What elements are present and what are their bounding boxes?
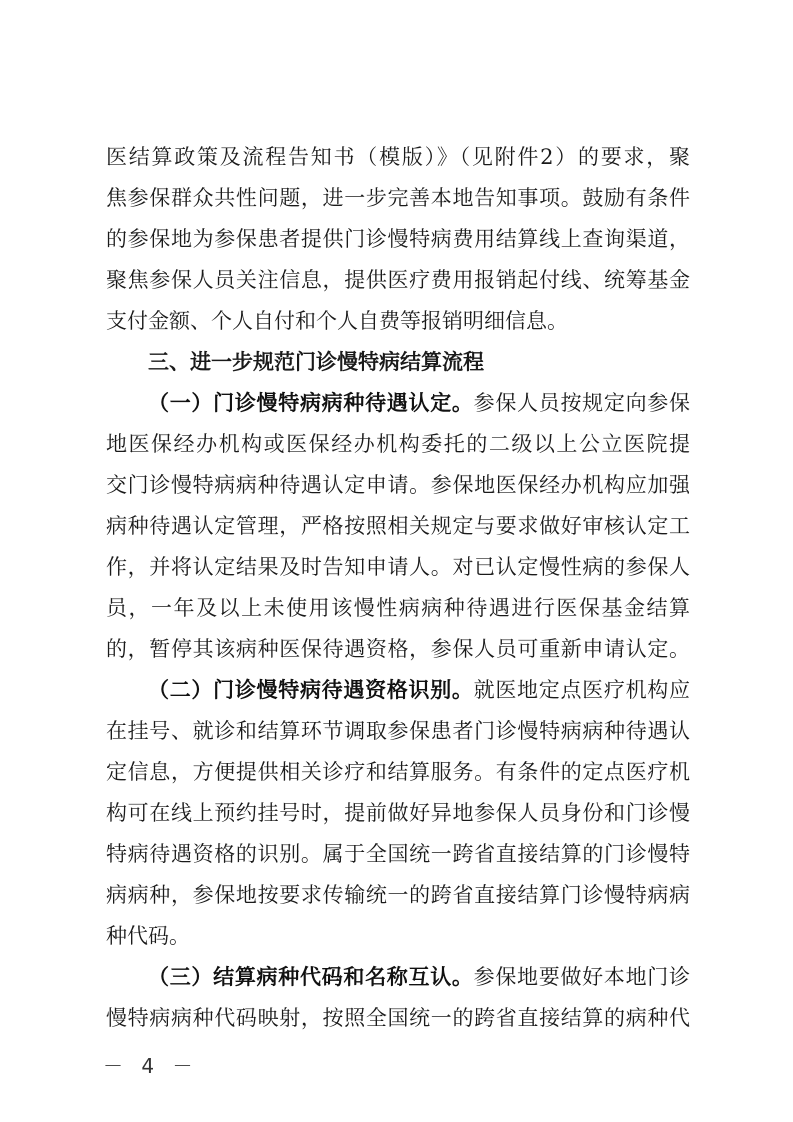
section-heading: 三、进一步规范门诊慢特病结算流程 xyxy=(106,342,690,383)
paragraph-line: 医结算政策及流程告知书（模版）》（见附件2）的要求，聚 xyxy=(106,137,690,178)
document-page: 医结算政策及流程告知书（模版）》（见附件2）的要求，聚 焦参保群众共性问题，进一… xyxy=(0,0,793,1122)
paragraph-line: 病病种，参保地按要求传输统一的跨省直接结算门诊慢特病病 xyxy=(106,875,690,916)
paragraph-line: 交门诊慢特病病种待遇认定申请。参保地医保经办机构应加强 xyxy=(106,465,690,506)
page-number: － 4 － xyxy=(103,1050,198,1079)
subsection-3-first-line: （三）结算病种代码和名称互认。参保地要做好本地门诊 xyxy=(106,957,690,998)
paragraph-line: 员，一年及以上未使用该慢性病病种待遇进行医保基金结算 xyxy=(106,588,690,629)
paragraph-line: 特病待遇资格的识别。属于全国统一跨省直接结算的门诊慢特 xyxy=(106,834,690,875)
paragraph-line: 聚焦参保人员关注信息，提供医疗费用报销起付线、统筹基金 xyxy=(106,260,690,301)
paragraph-line: 病种待遇认定管理，严格按照相关规定与要求做好审核认定工 xyxy=(106,506,690,547)
paragraph-line: 慢特病病种代码映射，按照全国统一的跨省直接结算的病种代 xyxy=(106,998,690,1039)
subsection-2-title: （二）门诊慢特病待遇资格识别。 xyxy=(148,678,474,702)
subsection-2-first-line: （二）门诊慢特病待遇资格识别。就医地定点医疗机构应 xyxy=(106,670,690,711)
paragraph-line: 支付金额、个人自付和个人自费等报销明细信息。 xyxy=(106,301,690,342)
subsection-1-first-line: （一）门诊慢特病病种待遇认定。参保人员按规定向参保 xyxy=(106,383,690,424)
paragraph-line: 构可在线上预约挂号时，提前做好异地参保人员身份和门诊慢 xyxy=(106,793,690,834)
subsection-1-text: 参保人员按规定向参保 xyxy=(474,391,690,415)
paragraph-line: 在挂号、就诊和结算环节调取参保患者门诊慢特病病种待遇认 xyxy=(106,711,690,752)
subsection-1-title: （一）门诊慢特病病种待遇认定。 xyxy=(148,391,474,415)
paragraph-line: 的，暂停其该病种医保待遇资格，参保人员可重新申请认定。 xyxy=(106,629,690,670)
subsection-3-title: （三）结算病种代码和名称互认。 xyxy=(148,965,474,989)
paragraph-line: 作，并将认定结果及时告知申请人。对已认定慢性病的参保人 xyxy=(106,547,690,588)
paragraph-line: 地医保经办机构或医保经办机构委托的二级以上公立医院提 xyxy=(106,424,690,465)
paragraph-line: 的参保地为参保患者提供门诊慢特病费用结算线上查询渠道， xyxy=(106,219,690,260)
paragraph-line: 种代码。 xyxy=(106,916,690,957)
subsection-2-text: 就医地定点医疗机构应 xyxy=(474,678,690,702)
document-body: 医结算政策及流程告知书（模版）》（见附件2）的要求，聚 焦参保群众共性问题，进一… xyxy=(106,137,690,1039)
paragraph-line: 焦参保群众共性问题，进一步完善本地告知事项。鼓励有条件 xyxy=(106,178,690,219)
paragraph-line: 定信息，方便提供相关诊疗和结算服务。有条件的定点医疗机 xyxy=(106,752,690,793)
subsection-3-text: 参保地要做好本地门诊 xyxy=(474,965,690,989)
